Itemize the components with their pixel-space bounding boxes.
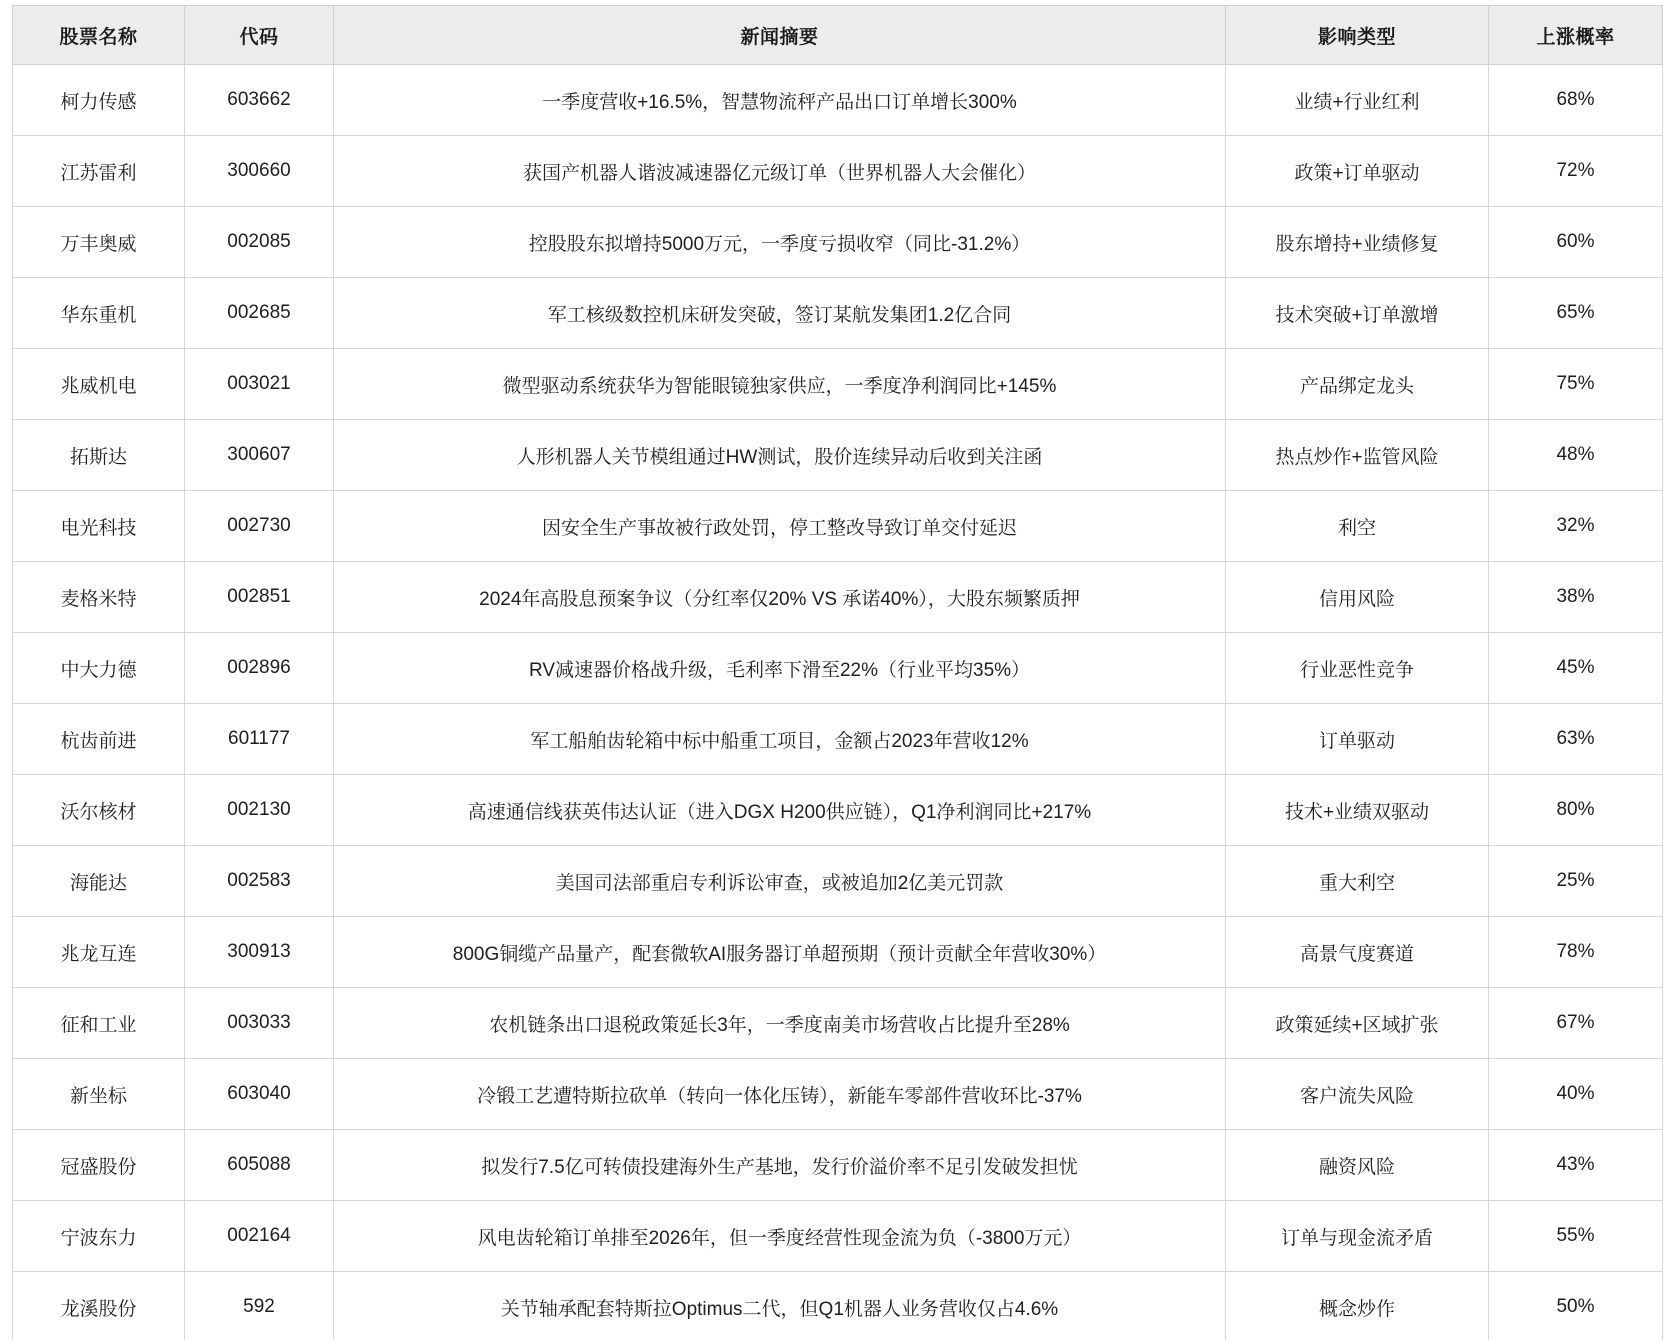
table-row: 海能达002583美国司法部重启专利诉讼审查，或被追加2亿美元罚款重大利空25% bbox=[13, 846, 1663, 917]
news-summary-cell: 获国产机器人谐波减速器亿元级订单（世界机器人大会催化） bbox=[334, 136, 1226, 207]
impact-type-cell: 信用风险 bbox=[1226, 562, 1489, 633]
table-row: 华东重机002685军工核级数控机床研发突破，签订某航发集团1.2亿合同技术突破… bbox=[13, 278, 1663, 349]
impact-type-cell: 概念炒作 bbox=[1226, 1272, 1489, 1340]
news-summary-cell: 控股股东拟增持5000万元，一季度亏损收窄（同比-31.2%） bbox=[334, 207, 1226, 278]
table-row: 兆龙互连300913800G铜缆产品量产，配套微软AI服务器订单超预期（预计贡献… bbox=[13, 917, 1663, 988]
impact-type-cell: 融资风险 bbox=[1226, 1130, 1489, 1201]
stock-name-cell: 麦格米特 bbox=[13, 562, 185, 633]
table-row: 万丰奥威002085控股股东拟增持5000万元，一季度亏损收窄（同比-31.2%… bbox=[13, 207, 1663, 278]
news-summary-cell: 农机链条出口退税政策延长3年，一季度南美市场营收占比提升至28% bbox=[334, 988, 1226, 1059]
table-row: 征和工业003033农机链条出口退税政策延长3年，一季度南美市场营收占比提升至2… bbox=[13, 988, 1663, 1059]
probability-cell: 50% bbox=[1489, 1272, 1663, 1340]
impact-type-cell: 业绩+行业红利 bbox=[1226, 65, 1489, 136]
probability-cell: 60% bbox=[1489, 207, 1663, 278]
stock-code-cell: 003033 bbox=[185, 988, 334, 1059]
table-row: 龙溪股份592关节轴承配套特斯拉Optimus二代，但Q1机器人业务营收仅占4.… bbox=[13, 1272, 1663, 1340]
impact-type-cell: 产品绑定龙头 bbox=[1226, 349, 1489, 420]
probability-cell: 43% bbox=[1489, 1130, 1663, 1201]
column-header-stock-code: 代码 bbox=[185, 6, 334, 65]
news-summary-cell: RV减速器价格战升级，毛利率下滑至22%（行业平均35%） bbox=[334, 633, 1226, 704]
stock-news-table-page: 股票名称 代码 新闻摘要 影响类型 上涨概率 柯力传感603662一季度营收+1… bbox=[0, 0, 1668, 1340]
impact-type-cell: 客户流失风险 bbox=[1226, 1059, 1489, 1130]
impact-type-cell: 重大利空 bbox=[1226, 846, 1489, 917]
stock-name-cell: 杭齿前进 bbox=[13, 704, 185, 775]
news-summary-cell: 人形机器人关节模组通过HW测试，股价连续异动后收到关注函 bbox=[334, 420, 1226, 491]
table-row: 宁波东力002164风电齿轮箱订单排至2026年，但一季度经营性现金流为负（-3… bbox=[13, 1201, 1663, 1272]
header-row: 股票名称 代码 新闻摘要 影响类型 上涨概率 bbox=[13, 6, 1663, 65]
stock-code-cell: 603662 bbox=[185, 65, 334, 136]
news-summary-cell: 关节轴承配套特斯拉Optimus二代，但Q1机器人业务营收仅占4.6% bbox=[334, 1272, 1226, 1340]
column-header-rise-probability: 上涨概率 bbox=[1489, 6, 1663, 65]
impact-type-cell: 订单与现金流矛盾 bbox=[1226, 1201, 1489, 1272]
table-row: 麦格米特0028512024年高股息预案争议（分红率仅20% VS 承诺40%）… bbox=[13, 562, 1663, 633]
stock-name-cell: 海能达 bbox=[13, 846, 185, 917]
table-row: 拓斯达300607人形机器人关节模组通过HW测试，股价连续异动后收到关注函热点炒… bbox=[13, 420, 1663, 491]
impact-type-cell: 订单驱动 bbox=[1226, 704, 1489, 775]
stock-code-cell: 592 bbox=[185, 1272, 334, 1340]
stock-name-cell: 宁波东力 bbox=[13, 1201, 185, 1272]
probability-cell: 78% bbox=[1489, 917, 1663, 988]
stock-code-cell: 002583 bbox=[185, 846, 334, 917]
probability-cell: 55% bbox=[1489, 1201, 1663, 1272]
table-header: 股票名称 代码 新闻摘要 影响类型 上涨概率 bbox=[13, 6, 1663, 65]
stock-code-cell: 300607 bbox=[185, 420, 334, 491]
stock-code-cell: 603040 bbox=[185, 1059, 334, 1130]
stock-name-cell: 中大力德 bbox=[13, 633, 185, 704]
news-summary-cell: 军工核级数控机床研发突破，签订某航发集团1.2亿合同 bbox=[334, 278, 1226, 349]
stock-code-cell: 002685 bbox=[185, 278, 334, 349]
stock-name-cell: 华东重机 bbox=[13, 278, 185, 349]
probability-cell: 72% bbox=[1489, 136, 1663, 207]
stock-name-cell: 万丰奥威 bbox=[13, 207, 185, 278]
news-summary-cell: 800G铜缆产品量产，配套微软AI服务器订单超预期（预计贡献全年营收30%） bbox=[334, 917, 1226, 988]
stock-name-cell: 龙溪股份 bbox=[13, 1272, 185, 1340]
probability-cell: 40% bbox=[1489, 1059, 1663, 1130]
news-summary-cell: 2024年高股息预案争议（分红率仅20% VS 承诺40%），大股东频繁质押 bbox=[334, 562, 1226, 633]
stock-news-table: 股票名称 代码 新闻摘要 影响类型 上涨概率 柯力传感603662一季度营收+1… bbox=[12, 5, 1663, 1340]
stock-code-cell: 002130 bbox=[185, 775, 334, 846]
news-summary-cell: 一季度营收+16.5%，智慧物流秤产品出口订单增长300% bbox=[334, 65, 1226, 136]
column-header-news-summary: 新闻摘要 bbox=[334, 6, 1226, 65]
stock-name-cell: 拓斯达 bbox=[13, 420, 185, 491]
probability-cell: 67% bbox=[1489, 988, 1663, 1059]
news-summary-cell: 风电齿轮箱订单排至2026年，但一季度经营性现金流为负（-3800万元） bbox=[334, 1201, 1226, 1272]
impact-type-cell: 政策延续+区域扩张 bbox=[1226, 988, 1489, 1059]
news-summary-cell: 冷锻工艺遭特斯拉砍单（转向一体化压铸），新能车零部件营收环比-37% bbox=[334, 1059, 1226, 1130]
stock-code-cell: 002896 bbox=[185, 633, 334, 704]
table-row: 中大力德002896RV减速器价格战升级，毛利率下滑至22%（行业平均35%）行… bbox=[13, 633, 1663, 704]
column-header-impact-type: 影响类型 bbox=[1226, 6, 1489, 65]
impact-type-cell: 政策+订单驱动 bbox=[1226, 136, 1489, 207]
news-summary-cell: 拟发行7.5亿可转债投建海外生产基地，发行价溢价率不足引发破发担忧 bbox=[334, 1130, 1226, 1201]
probability-cell: 65% bbox=[1489, 278, 1663, 349]
probability-cell: 48% bbox=[1489, 420, 1663, 491]
stock-code-cell: 300660 bbox=[185, 136, 334, 207]
stock-name-cell: 征和工业 bbox=[13, 988, 185, 1059]
stock-code-cell: 601177 bbox=[185, 704, 334, 775]
news-summary-cell: 微型驱动系统获华为智能眼镜独家供应，一季度净利润同比+145% bbox=[334, 349, 1226, 420]
probability-cell: 68% bbox=[1489, 65, 1663, 136]
probability-cell: 63% bbox=[1489, 704, 1663, 775]
table-row: 冠盛股份605088拟发行7.5亿可转债投建海外生产基地，发行价溢价率不足引发破… bbox=[13, 1130, 1663, 1201]
stock-code-cell: 003021 bbox=[185, 349, 334, 420]
probability-cell: 32% bbox=[1489, 491, 1663, 562]
column-header-stock-name: 股票名称 bbox=[13, 6, 185, 65]
impact-type-cell: 行业恶性竞争 bbox=[1226, 633, 1489, 704]
stock-name-cell: 电光科技 bbox=[13, 491, 185, 562]
stock-name-cell: 江苏雷利 bbox=[13, 136, 185, 207]
probability-cell: 75% bbox=[1489, 349, 1663, 420]
impact-type-cell: 热点炒作+监管风险 bbox=[1226, 420, 1489, 491]
table-row: 杭齿前进601177军工船舶齿轮箱中标中船重工项目，金额占2023年营收12%订… bbox=[13, 704, 1663, 775]
table-row: 柯力传感603662一季度营收+16.5%，智慧物流秤产品出口订单增长300%业… bbox=[13, 65, 1663, 136]
news-summary-cell: 军工船舶齿轮箱中标中船重工项目，金额占2023年营收12% bbox=[334, 704, 1226, 775]
news-summary-cell: 美国司法部重启专利诉讼审查，或被追加2亿美元罚款 bbox=[334, 846, 1226, 917]
stock-code-cell: 605088 bbox=[185, 1130, 334, 1201]
table-row: 兆威机电003021微型驱动系统获华为智能眼镜独家供应，一季度净利润同比+145… bbox=[13, 349, 1663, 420]
probability-cell: 25% bbox=[1489, 846, 1663, 917]
stock-code-cell: 002164 bbox=[185, 1201, 334, 1272]
impact-type-cell: 技术突破+订单激增 bbox=[1226, 278, 1489, 349]
stock-name-cell: 新坐标 bbox=[13, 1059, 185, 1130]
table-row: 电光科技002730因安全生产事故被行政处罚，停工整改导致订单交付延迟利空32% bbox=[13, 491, 1663, 562]
probability-cell: 38% bbox=[1489, 562, 1663, 633]
news-summary-cell: 因安全生产事故被行政处罚，停工整改导致订单交付延迟 bbox=[334, 491, 1226, 562]
news-summary-cell: 高速通信线获英伟达认证（进入DGX H200供应链），Q1净利润同比+217% bbox=[334, 775, 1226, 846]
stock-name-cell: 兆龙互连 bbox=[13, 917, 185, 988]
stock-name-cell: 柯力传感 bbox=[13, 65, 185, 136]
impact-type-cell: 利空 bbox=[1226, 491, 1489, 562]
stock-code-cell: 002085 bbox=[185, 207, 334, 278]
stock-name-cell: 冠盛股份 bbox=[13, 1130, 185, 1201]
table-body: 柯力传感603662一季度营收+16.5%，智慧物流秤产品出口订单增长300%业… bbox=[13, 65, 1663, 1340]
table-row: 新坐标603040冷锻工艺遭特斯拉砍单（转向一体化压铸），新能车零部件营收环比-… bbox=[13, 1059, 1663, 1130]
probability-cell: 80% bbox=[1489, 775, 1663, 846]
table-row: 江苏雷利300660获国产机器人谐波减速器亿元级订单（世界机器人大会催化）政策+… bbox=[13, 136, 1663, 207]
impact-type-cell: 高景气度赛道 bbox=[1226, 917, 1489, 988]
impact-type-cell: 技术+业绩双驱动 bbox=[1226, 775, 1489, 846]
stock-name-cell: 兆威机电 bbox=[13, 349, 185, 420]
table-row: 沃尔核材002130高速通信线获英伟达认证（进入DGX H200供应链），Q1净… bbox=[13, 775, 1663, 846]
stock-code-cell: 002730 bbox=[185, 491, 334, 562]
stock-name-cell: 沃尔核材 bbox=[13, 775, 185, 846]
stock-code-cell: 002851 bbox=[185, 562, 334, 633]
impact-type-cell: 股东增持+业绩修复 bbox=[1226, 207, 1489, 278]
stock-code-cell: 300913 bbox=[185, 917, 334, 988]
probability-cell: 45% bbox=[1489, 633, 1663, 704]
